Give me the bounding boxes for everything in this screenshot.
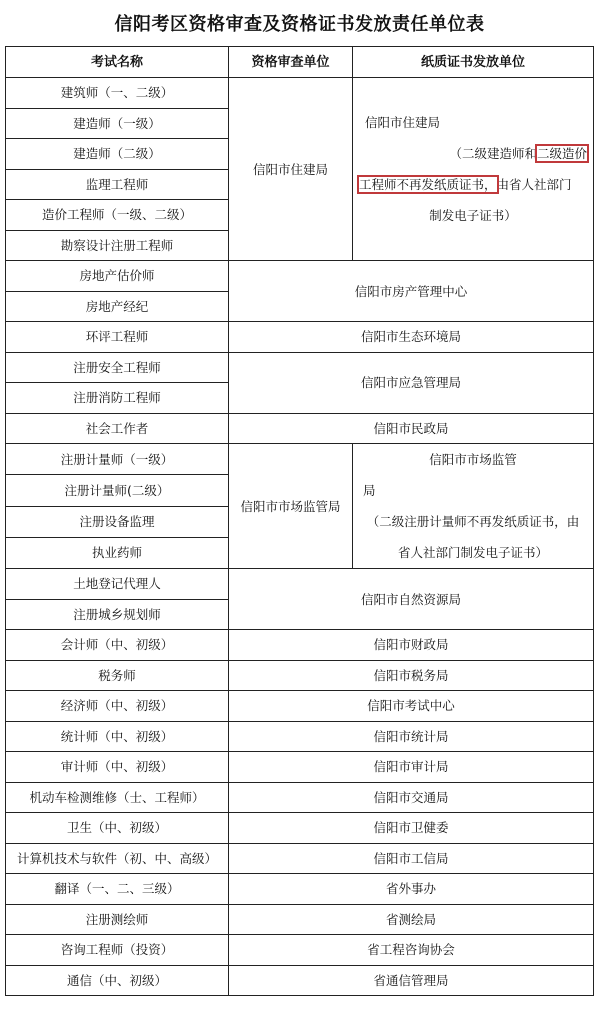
exam-name: 房地产估价师: [6, 261, 229, 292]
exam-name: 注册计量师(二级）: [6, 475, 229, 506]
note-text: 由省人社部门: [497, 177, 572, 192]
exam-name: 统计师（中、初级）: [6, 721, 229, 752]
table-row: 注册安全工程师 信阳市应急管理局: [6, 352, 594, 383]
table-row: 翻译（一、二、三级）省外事办: [6, 874, 594, 905]
exam-name: 建筑师（一、二级）: [6, 78, 229, 109]
responsible-unit: 信阳市统计局: [229, 721, 594, 752]
exam-name: 土地登记代理人: [6, 569, 229, 600]
exam-name: 卫生（中、初级）: [6, 813, 229, 844]
exam-name: 注册测绘师: [6, 904, 229, 935]
header-issue-unit: 纸质证书发放单位: [353, 47, 594, 78]
responsible-unit: 信阳市工信局: [229, 843, 594, 874]
exam-name: 社会工作者: [6, 413, 229, 444]
table-row: 房地产估价师 信阳市房产管理中心: [6, 261, 594, 292]
responsible-unit: 信阳市审计局: [229, 752, 594, 783]
responsible-unit: 信阳市交通局: [229, 782, 594, 813]
exam-name: 审计师（中、初级）: [6, 752, 229, 783]
exam-name: 房地产经纪: [6, 291, 229, 322]
exam-name: 翻译（一、二、三级）: [6, 874, 229, 905]
header-row: 考试名称 资格审查单位 纸质证书发放单位: [6, 47, 594, 78]
exam-name: 税务师: [6, 660, 229, 691]
issue-line: 制发电子证书）: [359, 200, 587, 231]
exam-name: 咨询工程师（投资）: [6, 935, 229, 966]
table-row: 注册测绘师省测绘局: [6, 904, 594, 935]
responsible-unit: 信阳市卫健委: [229, 813, 594, 844]
exam-name: 监理工程师: [6, 169, 229, 200]
table-row: 税务师信阳市税务局: [6, 660, 594, 691]
exam-name: 会计师（中、初级）: [6, 630, 229, 661]
exam-name: 注册消防工程师: [6, 383, 229, 414]
table-row: 咨询工程师（投资）省工程咨询协会: [6, 935, 594, 966]
exam-name: 经济师（中、初级）: [6, 691, 229, 722]
responsible-unit: 信阳市自然资源局: [229, 569, 594, 630]
issue-unit-note: 信阳市住建局 （二级建造师和二级造价 工程师不再发纸质证书，由省人社部门 制发电…: [353, 78, 594, 261]
table-row: 土地登记代理人 信阳市自然资源局: [6, 569, 594, 600]
exam-name: 机动车检测维修（士、工程师）: [6, 782, 229, 813]
highlight-box: 二级造价: [537, 146, 587, 161]
exam-name: 注册设备监理: [6, 506, 229, 537]
exam-name: 建造师（一级）: [6, 108, 229, 139]
issue-line: 信阳市市场监管: [353, 444, 593, 475]
responsible-unit: 信阳市考试中心: [229, 691, 594, 722]
exam-name: 环评工程师: [6, 322, 229, 353]
table-row: 机动车检测维修（士、工程师）信阳市交通局: [6, 782, 594, 813]
review-unit: 信阳市市场监管局: [229, 444, 353, 569]
table-row: 经济师（中、初级）信阳市考试中心: [6, 691, 594, 722]
responsible-unit: 信阳市房产管理中心: [229, 261, 594, 322]
exam-name: 注册计量师（一级）: [6, 444, 229, 475]
responsible-unit: 省通信管理局: [229, 965, 594, 996]
table-row: 通信（中、初级）省通信管理局: [6, 965, 594, 996]
responsible-unit: 信阳市财政局: [229, 630, 594, 661]
review-unit: 信阳市住建局: [229, 78, 353, 261]
table-row: 建筑师（一、二级） 信阳市住建局 信阳市住建局 （二级建造师和二级造价 工程师不…: [6, 78, 594, 109]
responsible-unit: 省测绘局: [229, 904, 594, 935]
exam-name: 执业药师: [6, 537, 229, 568]
exam-name: 勘察设计注册工程师: [6, 230, 229, 261]
issue-line: （二级建造师和二级造价: [359, 138, 587, 169]
note-text: （二级建造师和: [449, 146, 537, 161]
table-row: 注册计量师（一级） 信阳市市场监管局 信阳市市场监管 局 （二级注册计量师不再发…: [6, 444, 594, 475]
exam-name: 注册安全工程师: [6, 352, 229, 383]
responsible-unit: 省工程咨询协会: [229, 935, 594, 966]
table-row: 统计师（中、初级）信阳市统计局: [6, 721, 594, 752]
table-row: 审计师（中、初级）信阳市审计局: [6, 752, 594, 783]
header-exam-name: 考试名称: [6, 47, 229, 78]
table-row: 会计师（中、初级）信阳市财政局: [6, 630, 594, 661]
exam-name: 注册城乡规划师: [6, 599, 229, 630]
exam-name: 造价工程师（一级、二级）: [6, 200, 229, 231]
responsible-unit: 省外事办: [229, 874, 594, 905]
issue-line: 局: [353, 475, 593, 506]
table-row: 计算机技术与软件（初、中、高级）信阳市工信局: [6, 843, 594, 874]
header-review-unit: 资格审查单位: [229, 47, 353, 78]
responsible-unit: 信阳市应急管理局: [229, 352, 594, 413]
exam-name: 建造师（二级）: [6, 139, 229, 170]
table-row: 卫生（中、初级）信阳市卫健委: [6, 813, 594, 844]
page-title: 信阳考区资格审查及资格证书发放责任单位表: [0, 10, 599, 36]
issue-line: （二级注册计量师不再发纸质证书，由: [353, 506, 593, 537]
table-row: 社会工作者 信阳市民政局: [6, 413, 594, 444]
highlight-box: 工程师不再发纸质证书，: [359, 177, 497, 192]
table-row: 环评工程师 信阳市生态环境局: [6, 322, 594, 353]
responsible-unit: 信阳市税务局: [229, 660, 594, 691]
exam-name: 通信（中、初级）: [6, 965, 229, 996]
responsible-unit: 信阳市民政局: [229, 413, 594, 444]
issue-line: 信阳市住建局: [359, 107, 587, 138]
issue-line: 省人社部门制发电子证书）: [353, 537, 593, 568]
issue-unit-note: 信阳市市场监管 局 （二级注册计量师不再发纸质证书，由 省人社部门制发电子证书）: [353, 444, 594, 569]
issue-line: 工程师不再发纸质证书，由省人社部门: [359, 169, 587, 200]
responsible-unit: 信阳市生态环境局: [229, 322, 594, 353]
exam-name: 计算机技术与软件（初、中、高级）: [6, 843, 229, 874]
responsibility-table: 考试名称 资格审查单位 纸质证书发放单位 建筑师（一、二级） 信阳市住建局 信阳…: [5, 46, 594, 996]
